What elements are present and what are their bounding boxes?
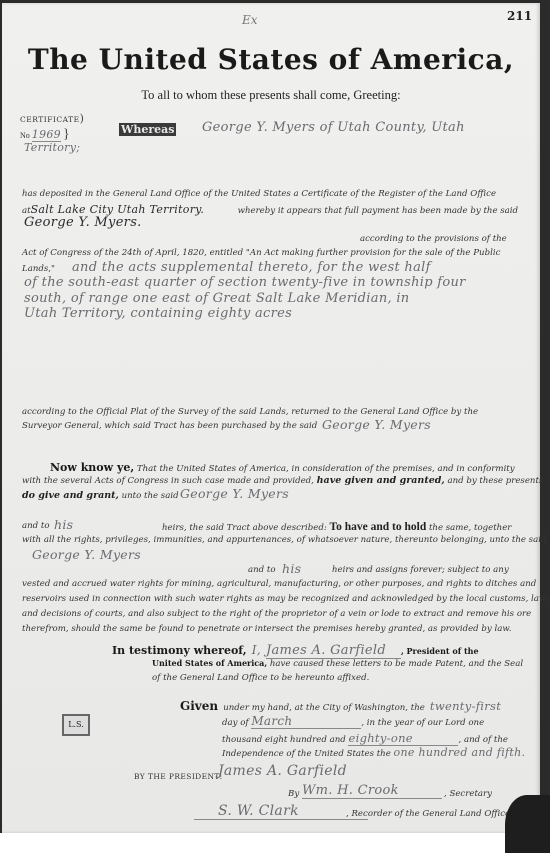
grant-grantee: George Y. Myers (180, 486, 289, 501)
given-year-words: eighty-one (348, 731, 458, 746)
president-signature: James A. Garfield (218, 763, 347, 779)
grant-line-2: with the several Acts of Congress in suc… (22, 475, 543, 486)
deposit-line-3: according to the provisions of the (360, 234, 507, 244)
grant-pronoun: his (54, 517, 73, 532)
testimony-line-2: United States of America, have caused th… (152, 658, 523, 669)
seal-ls: L.S. (62, 714, 90, 736)
by-label: By (288, 789, 299, 799)
thousand-text: thousand eight hundred and (222, 735, 346, 745)
have-given-granted: have given and granted, (317, 475, 445, 486)
land-description-line: of the south-east quarter of section twe… (24, 275, 466, 290)
secretary-title: , Secretary (444, 789, 492, 799)
habendum: To have and to hold (330, 521, 427, 533)
page-curl-shadow (505, 795, 550, 853)
grant-pronoun-2: his (282, 561, 301, 576)
certificate-label: CERTIFICATE) (20, 112, 84, 125)
given-line-1-text: under my hand, at the City of Washington… (223, 703, 425, 713)
recorder-signature: S. W. Clark (194, 803, 368, 820)
given-line-1: Given under my hand, at the City of Wash… (180, 695, 501, 714)
condition-line: vested and accrued water rights for mini… (22, 579, 536, 589)
land-patent-page: 211 Ex The United States of America, To … (2, 3, 540, 833)
grant-line-2a: with the several Acts of Congress in suc… (22, 476, 314, 486)
grant-line-1: Now know ye, That the United States of A… (50, 461, 515, 474)
grant-grantee-2: George Y. Myers (32, 547, 141, 562)
grant-heirs-prefix: and to (22, 521, 50, 531)
certificate-no-label: No (20, 131, 30, 140)
testimony-i: I, (252, 643, 261, 657)
secretary-signature: Wm. H. Crook (302, 783, 442, 799)
recorder-title: , Recorder of the General Land Office. (346, 809, 513, 819)
condition-line: and decisions of courts, and also subjec… (22, 609, 531, 619)
usa-gothic: United States of America, (152, 658, 267, 668)
greeting: To all to whom these presents shall come… (2, 88, 540, 103)
given-month: March (251, 714, 361, 729)
whereas-keyword: Whereas (119, 123, 176, 136)
testimony-line-1: In testimony whereof, I, James A. Garfie… (112, 639, 479, 659)
deposit-grantee-name: George Y. Myers. (24, 215, 142, 230)
given-line-2: day of March, in the year of our Lord on… (222, 714, 484, 729)
given-line-3: thousand eight hundred and eighty-one, a… (222, 731, 508, 746)
grantee-intro: George Y. Myers of Utah County, Utah (202, 120, 465, 135)
page-number: 211 (507, 9, 532, 23)
assigns-text: heirs and assigns forever; subject to an… (332, 565, 509, 575)
now-know-ye-keyword: Now know ye, (50, 461, 134, 474)
year-text: , in the year of our Lord one (361, 718, 484, 728)
condition-line: therefrom, should the same be found to p… (22, 624, 511, 634)
by-the-president-label: BY THE PRESIDENT: (134, 772, 223, 781)
land-description-line: Utah Territory, containing eighty acres (24, 306, 292, 321)
independence-text: Independence of the United States the (222, 749, 391, 759)
day-of-label: day of (222, 718, 249, 728)
grant-line-3: do give and grant, unto the said (22, 490, 179, 501)
grant-heirs-line: heirs, the said Tract above described: T… (162, 521, 511, 533)
testimony-president-name: James A. Garfield (266, 643, 401, 659)
do-give-grant: do give and grant, (22, 490, 119, 501)
document-title: The United States of America, (2, 43, 540, 76)
marginal-note: Ex (242, 13, 258, 27)
deposit-line-4: Act of Congress of the 24th of April, 18… (22, 248, 500, 258)
certificate-label-text: CERTIFICATE (20, 115, 80, 124)
testimony-line-3: of the General Land Office to be hereunt… (152, 673, 369, 683)
survey-line-1: according to the Official Plat of the Su… (22, 407, 478, 417)
deposit-line-5-prefix: Lands," (22, 264, 55, 274)
land-description-line: and the acts supplemental thereto, for t… (72, 260, 431, 275)
given-line-4: Independence of the United States the on… (222, 746, 525, 759)
deposit-line-1: has deposited in the General Land Office… (22, 189, 496, 199)
payment-text: whereby it appears that full payment has… (238, 206, 518, 216)
land-description-line: south, of range one east of Great Salt L… (24, 291, 409, 306)
testimony-line-2b: have caused these letters to be made Pat… (270, 659, 523, 669)
testimony-keyword: In testimony whereof, (112, 644, 247, 657)
scan-background (0, 833, 550, 853)
grant-line-3b: unto the said (122, 491, 179, 501)
and-to-2: and to (248, 565, 276, 575)
purchaser-name: George Y. Myers (322, 417, 431, 432)
heirs-text: heirs, the said Tract above described: (162, 523, 327, 533)
certificate-number: 1969 (32, 128, 61, 142)
given-keyword: Given (180, 699, 218, 713)
grant-line-1-text: That the United States of America, in co… (137, 464, 515, 474)
given-day: twenty-first (430, 699, 501, 713)
independence-year: one hundred and fifth. (394, 746, 526, 759)
habendum-rest: the same, together (429, 523, 511, 533)
condition-line: reservoirs used in connection with such … (22, 594, 550, 604)
grant-line-5: with all the rights, privileges, immunit… (22, 535, 546, 545)
territory-note: Territory; (24, 141, 80, 154)
survey-line-2: Surveyor General, which said Tract has b… (22, 421, 317, 431)
president-suffix: , President of the (401, 646, 479, 656)
grant-line-2c: and by these presents (447, 476, 543, 486)
independence-suffix: , and of the (458, 735, 508, 745)
